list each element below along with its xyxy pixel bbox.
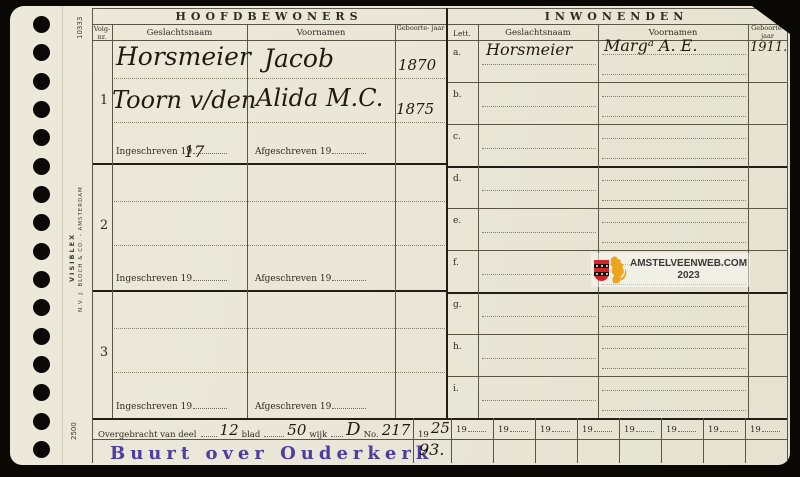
blad-value: 50: [287, 421, 306, 439]
dotted-line: [114, 372, 445, 373]
deregistered-label-row: Afgeschreven 19: [255, 400, 366, 412]
no-label: No.: [364, 430, 379, 440]
transfer-label: Overgebracht van deel: [98, 430, 197, 440]
dotted-leader: [331, 428, 343, 437]
punch-hole: [33, 73, 50, 90]
dotted-line: [602, 96, 746, 97]
year-cell: 19: [493, 418, 535, 439]
birthyear-entry: 1870: [398, 56, 436, 74]
dotted-leader: [720, 423, 738, 432]
year-prefix: 19: [582, 425, 593, 435]
dotted-line: [482, 316, 596, 317]
dotted-line: [114, 245, 445, 246]
deregistered-label-row: Afgeschreven 19: [255, 272, 366, 284]
row-letter: e.: [453, 216, 461, 226]
year-prefix: 19: [540, 425, 551, 435]
registered-label-row: Ingeschreven 19: [116, 272, 227, 284]
dotted-line: [602, 390, 746, 391]
deel-value: 12: [220, 421, 239, 439]
punch-hole: [33, 299, 50, 316]
deregistered-label: Afgeschreven 19: [255, 274, 331, 284]
firstnames-entry: Alida M.C.: [256, 84, 383, 112]
registered-label: Ingeschreven 19: [116, 402, 192, 412]
dotted-line: [602, 306, 746, 307]
year-cell: 19: [577, 418, 619, 439]
watermark-site: AMSTELVEENWEB.COM: [630, 258, 747, 271]
line: [92, 8, 787, 9]
dotted-line: [602, 138, 746, 139]
surname-entry: Horsmeier: [486, 40, 572, 59]
dotted-line: [602, 410, 746, 411]
header-firstnames-left: Voornamen: [247, 28, 395, 38]
block-number: 2: [96, 218, 112, 233]
maker-name: VISIBLEX: [68, 233, 76, 282]
dotted-leader: [636, 423, 654, 432]
header-surname-right: Geslachtsnaam: [478, 28, 598, 38]
inwonenden-row: g.: [446, 292, 787, 334]
row-letter: f.: [453, 258, 459, 268]
section-title-inwonenden: INWONENDEN: [446, 10, 787, 23]
coat-of-arms-icon: [594, 260, 609, 281]
dotted-line: [482, 232, 596, 233]
inwonenden-row: h.: [446, 334, 787, 376]
block-number: 1: [96, 93, 112, 108]
stock-number-bottom: 2500: [70, 422, 78, 440]
punch-hole: [33, 101, 50, 118]
row-letter: b.: [453, 90, 462, 100]
registered-label-row: Ingeschreven 19: [116, 400, 227, 412]
punch-hole: [33, 413, 50, 430]
transfer-row: Overgebracht van deel 12 blad 50 wijk D …: [98, 421, 412, 442]
punch-hole: [33, 158, 50, 175]
deregistered-label: Afgeschreven 19: [255, 147, 331, 157]
dotted-line: [482, 274, 596, 275]
punch-hole: [33, 214, 50, 231]
dotted-line: [482, 358, 596, 359]
header-surname-left: Geslachtsnaam: [112, 28, 247, 38]
year-cell: 19: [661, 418, 703, 439]
year-prefix: 19: [456, 425, 467, 435]
year-prefix: 19: [750, 425, 761, 435]
row-letter: c.: [453, 132, 461, 142]
registered-year-entry: 17: [184, 142, 204, 161]
strip-edge-line: [62, 6, 63, 465]
maker-company: N.V. J. BLOCH & CO. - AMSTERDAM: [78, 186, 84, 312]
dotted-leader: [193, 400, 227, 409]
punch-hole: [33, 384, 50, 401]
dotted-line: [602, 158, 746, 159]
punch-hole: [33, 16, 50, 33]
dotted-leader: [193, 272, 227, 281]
neighborhood-stamp: Buurt over Ouderkerk: [110, 443, 402, 464]
punch-hole: [33, 356, 50, 373]
shield-stripe: [594, 272, 609, 276]
header-birthyear-left: Geboorte- jaar: [395, 25, 446, 33]
dotted-line: [602, 222, 746, 223]
header-lett: Lett.: [446, 29, 478, 38]
registered-label: Ingeschreven 19: [116, 147, 192, 157]
blad-label: blad: [242, 430, 261, 440]
year-cell-first: 19 25: [413, 418, 451, 439]
firstnames-entry: Margᵃ A. E.: [604, 36, 697, 55]
block-number: 3: [96, 345, 112, 360]
hoofdbewoners-block-1: 1 Horsmeier Jacob 1870 Toorn v/den Alida…: [92, 40, 446, 163]
dotted-leader: [332, 145, 366, 154]
punch-hole: [33, 328, 50, 345]
dotted-line: [114, 122, 445, 123]
watermark-year: 2023: [630, 270, 747, 283]
wijk-label: wijk: [309, 430, 327, 440]
year-prefix: 19: [498, 425, 509, 435]
firstnames-entry: Jacob: [264, 44, 334, 73]
punch-hole: [33, 129, 50, 146]
punch-hole: [33, 441, 50, 458]
inwonenden-row: b.: [446, 82, 787, 124]
year-entry: 25: [431, 419, 450, 437]
dotted-line: [482, 400, 596, 401]
dotted-line: [602, 180, 746, 181]
dotted-leader: [332, 272, 366, 281]
punch-hole: [33, 186, 50, 203]
hoofdbewoners-block-3: 3 Ingeschreven 19 Afgeschreven 19: [92, 290, 446, 418]
dotted-leader: [762, 423, 780, 432]
dotted-line: [114, 201, 445, 202]
dotted-line: [602, 242, 746, 243]
row-letter: g.: [453, 300, 462, 310]
shield-stripe: [594, 264, 609, 268]
year-prefix: 19: [666, 425, 677, 435]
dotted-leader: [678, 423, 696, 432]
dotted-leader: [510, 423, 528, 432]
dotted-line: [114, 78, 445, 79]
deregistered-label-row: Afgeschreven 19: [255, 145, 366, 157]
no-value: 217: [382, 421, 411, 439]
dotted-leader: [552, 423, 570, 432]
row-letter: i.: [453, 384, 459, 394]
section-title-hoofdbewoners: HOOFDBEWONERS: [92, 10, 446, 23]
punch-hole: [33, 44, 50, 61]
punch-hole: [33, 271, 50, 288]
dotted-leader: [332, 400, 366, 409]
dotted-line: [602, 326, 746, 327]
deregistered-label: Afgeschreven 19: [255, 402, 331, 412]
scan-background: 10333 VISIBLEX N.V. J. BLOCH & CO. - AMS…: [0, 0, 800, 477]
stock-number-top: 10333: [76, 17, 84, 39]
dotted-leader: [264, 428, 284, 437]
row-letter: a.: [453, 48, 461, 58]
wijk-value: D: [346, 419, 360, 440]
dotted-line: [602, 200, 746, 201]
dotted-line: [482, 106, 596, 107]
year-prefix: 19: [708, 425, 719, 435]
dotted-leader: [201, 428, 217, 437]
dotted-line: [114, 328, 445, 329]
year-cell: 19: [451, 418, 493, 439]
inwonenden-row: d.: [446, 166, 787, 208]
dotted-line: [482, 64, 596, 65]
dotted-line: [602, 348, 746, 349]
watermark: AMSTELVEENWEB.COM 2023: [591, 253, 750, 287]
row-letter: h.: [453, 342, 462, 352]
punch-hole: [33, 243, 50, 260]
year-cell: 19: [535, 418, 577, 439]
registered-label-row: Ingeschreven 19: [116, 145, 227, 157]
year-cell: 19: [619, 418, 661, 439]
dotted-line: [602, 116, 746, 117]
row-letter: d.: [453, 174, 462, 184]
surname-entry: Horsmeier: [116, 42, 251, 71]
inwonenden-row: a. Horsmeier Margᵃ A. E. 1911.: [446, 40, 787, 82]
birthyear-entry: 1875: [396, 100, 434, 118]
registered-label: Ingeschreven 19: [116, 274, 192, 284]
house-number-entry: 93.: [419, 440, 444, 459]
surname-entry: Toorn v/den: [112, 86, 256, 114]
line: [787, 8, 788, 461]
dotted-leader: [594, 423, 612, 432]
dotted-line: [482, 148, 596, 149]
inwonenden-row: e.: [446, 208, 787, 250]
inwonenden-row: i.: [446, 376, 787, 418]
year-prefix: 19: [418, 430, 429, 440]
lion-icon: [606, 255, 628, 285]
year-cell: 19: [703, 418, 745, 439]
birthyear-entry: 1911.: [750, 40, 787, 55]
dotted-line: [482, 190, 596, 191]
dotted-leader: [468, 423, 486, 432]
population-register-card: 10333 VISIBLEX N.V. J. BLOCH & CO. - AMS…: [10, 6, 790, 465]
year-cell: 19: [745, 418, 787, 439]
inwonenden-row: c.: [446, 124, 787, 166]
dotted-line: [602, 74, 746, 75]
dotted-line: [602, 368, 746, 369]
year-prefix: 19: [624, 425, 635, 435]
hoofdbewoners-block-2: 2 Ingeschreven 19 Afgeschreven 19: [92, 163, 446, 290]
